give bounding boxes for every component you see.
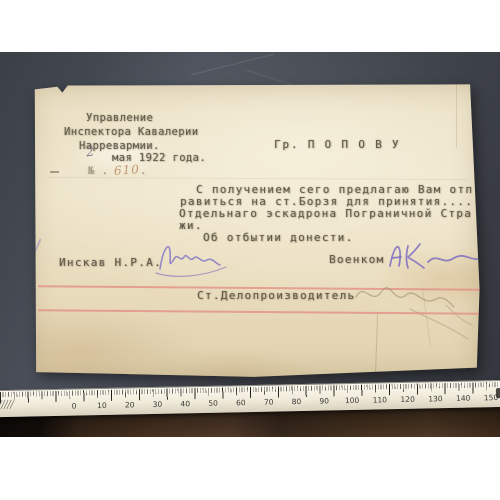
ruler-number: 40	[180, 400, 190, 408]
document-number-suffix: .	[140, 166, 147, 177]
signature-title-right: Военком	[329, 254, 384, 265]
pen-dash-mark	[50, 171, 59, 173]
paper-crease	[48, 177, 468, 180]
photo-of-document: Управление Инспектора Кавалерии Нарревар…	[0, 0, 500, 500]
ruler-number: 20	[125, 401, 135, 409]
handwritten-signature-inskav	[154, 237, 232, 279]
paper-sheet: Управление Инспектора Кавалерии Нарревар…	[28, 82, 480, 378]
ruler-number: 90	[319, 397, 329, 405]
handwritten-date-day: 2	[85, 145, 95, 159]
handwritten-signature-clerk	[350, 275, 478, 345]
ruler-number: 120	[400, 396, 414, 404]
background-scratch	[191, 54, 274, 76]
ruler-number: 130	[428, 395, 442, 403]
date-line: мая 1922 года.	[112, 153, 206, 164]
ruler-number: 140	[456, 395, 470, 403]
ruler-number: 10	[97, 402, 107, 410]
body-line-1: С получением сего предлагаю Вам отп	[196, 184, 473, 195]
document-number-prefix: № .	[88, 166, 108, 177]
ruler-number: 80	[292, 398, 302, 406]
paper-document: Управление Инспектора Кавалерии Нарревар…	[28, 82, 480, 378]
clerk-title: Ст.Делопроизводитель	[197, 290, 355, 301]
ruler-number: 70	[264, 399, 274, 407]
ruler-ticks	[0, 380, 500, 392]
ruler-number: 0	[72, 403, 77, 411]
ruler-number: 30	[153, 401, 163, 409]
ink-smudge	[32, 238, 41, 255]
body-line-2: равиться на ст.Борзя для принятия....	[180, 196, 473, 207]
letterhead-line-2: Инспектора Кавалерии	[64, 127, 198, 138]
ruler-number: 100	[345, 397, 359, 405]
paper-crease	[456, 84, 457, 148]
ruler-number: 50	[208, 400, 218, 408]
body-line-3: Отдельнаго эскадрона Пограничной Стра	[179, 208, 472, 219]
handwritten-signature-voenkom	[384, 238, 500, 276]
letterhead-line-1: Управление	[86, 113, 153, 124]
ruler-end-mark	[496, 388, 500, 399]
handwritten-document-number: 610	[114, 163, 141, 177]
ruler-number: 60	[236, 399, 246, 407]
ruler-number: 110	[373, 396, 387, 404]
photo-dark-background: Управление Инспектора Кавалерии Нарревар…	[0, 52, 500, 437]
addressee-line: Гр. П О П О В У	[274, 139, 400, 150]
signature-title-left: Инскав Н.Р.А.	[59, 257, 162, 268]
body-line-4: жи.	[179, 220, 203, 231]
